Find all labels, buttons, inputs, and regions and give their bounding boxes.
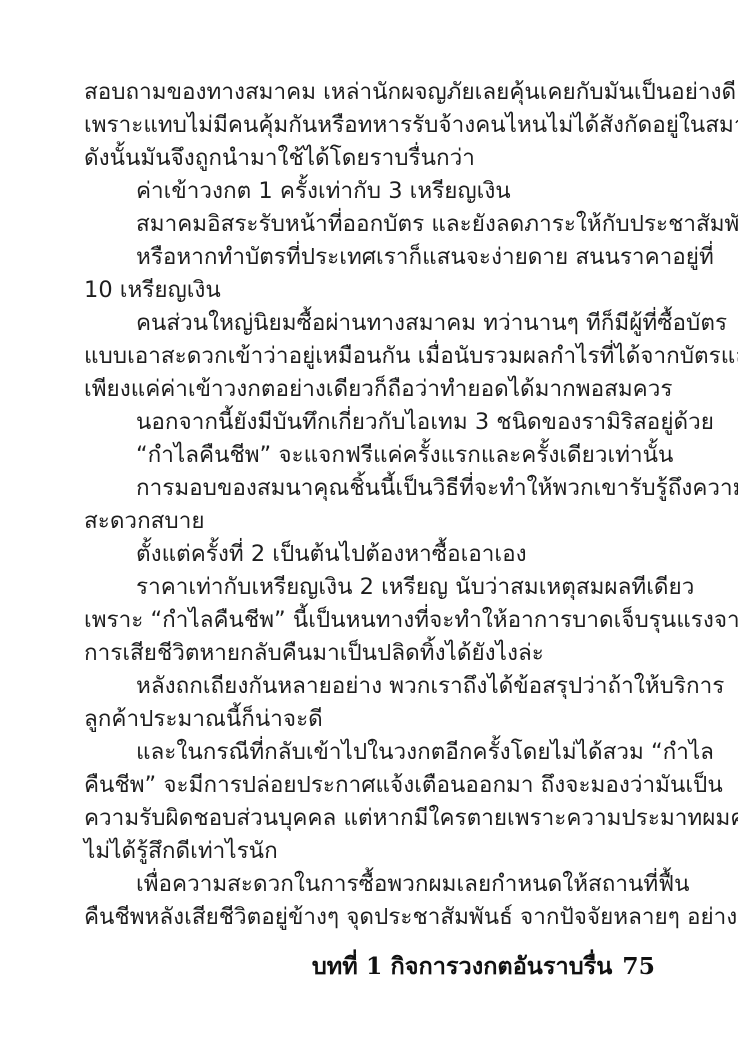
body-line: สมาคมอิสระรับหน้าที่ออกบัตร และยังลดภาระ… (84, 208, 656, 241)
body-line: การเสียชีวิตหายกลับคืนมาเป็นปลิดทิ้งได้ย… (84, 637, 656, 670)
body-line: และในกรณีที่กลับเข้าไปในวงกตอีกครั้งโดยไ… (84, 736, 656, 769)
page-number: 75 (622, 952, 655, 980)
body-line: ค่าเข้าวงกต 1 ครั้งเท่ากับ 3 เหรียญเงิน (84, 175, 656, 208)
body-line: เพื่อความสะดวกในการซื้อพวกผมเลยกำหนดให้ส… (84, 868, 656, 901)
body-text-block: สอบถามของทางสมาคม เหล่านักผจญภัยเลยคุ้นเ… (84, 76, 656, 934)
body-line: การมอบของสมนาคุณชิ้นนี้เป็นวิธีที่จะทำให… (84, 472, 656, 505)
body-line: ความรับผิดชอบส่วนบุคคล แต่หากมีใครตายเพร… (84, 802, 656, 835)
body-line: เพียงแค่ค่าเข้าวงกตอย่างเดียวก็ถือว่าทำย… (84, 373, 656, 406)
body-line: 10 เหรียญเงิน (84, 274, 656, 307)
body-line: เพราะ “กำไลคืนชีพ” นี้เป็นหนทางที่จะทำให… (84, 604, 656, 637)
body-line: คืนชีพหลังเสียชีวิตอยู่ข้างๆ จุดประชาสัม… (84, 901, 656, 934)
page-footer: บทที่ 1 กิจการวงกตอันราบรื่น75 (312, 950, 655, 983)
body-line: หลังถกเถียงกันหลายอย่าง พวกเราถึงได้ข้อส… (84, 670, 656, 703)
body-line: นอกจากนี้ยังมีบันทึกเกี่ยวกับไอเทม 3 ชนิ… (84, 406, 656, 439)
body-line: คนส่วนใหญ่นิยมซื้อผ่านทางสมาคม ทว่านานๆ … (84, 307, 656, 340)
body-line: เพราะแทบไม่มีคนคุ้มกันหรือทหารรับจ้างคนไ… (84, 109, 656, 142)
body-line: สอบถามของทางสมาคม เหล่านักผจญภัยเลยคุ้นเ… (84, 76, 656, 109)
book-page: สอบถามของทางสมาคม เหล่านักผจญภัยเลยคุ้นเ… (0, 0, 738, 1051)
body-line: หรือหากทำบัตรที่ประเทศเราก็แสนจะง่ายดาย … (84, 241, 656, 274)
body-line: ตั้งแต่ครั้งที่ 2 เป็นต้นไปต้องหาซื้อเอา… (84, 538, 656, 571)
body-line: “กำไลคืนชีพ” จะแจกฟรีแค่ครั้งแรกและครั้ง… (84, 439, 656, 472)
body-line: ลูกค้าประมาณนี้ก็น่าจะดี (84, 703, 656, 736)
body-line: คืนชีพ” จะมีการปล่อยประกาศแจ้งเตือนออกมา… (84, 769, 656, 802)
body-line: สะดวกสบาย (84, 505, 656, 538)
body-line: แบบเอาสะดวกเข้าว่าอยู่เหมือนกัน เมื่อนับ… (84, 340, 656, 373)
body-line: ไม่ได้รู้สึกดีเท่าไรนัก (84, 835, 656, 868)
body-line: ดังนั้นมันจึงถูกนำมาใช้ได้โดยราบรื่นกว่า (84, 142, 656, 175)
chapter-title: บทที่ 1 กิจการวงกตอันราบรื่น (312, 952, 612, 980)
body-line: ราคาเท่ากับเหรียญเงิน 2 เหรียญ นับว่าสมเ… (84, 571, 656, 604)
